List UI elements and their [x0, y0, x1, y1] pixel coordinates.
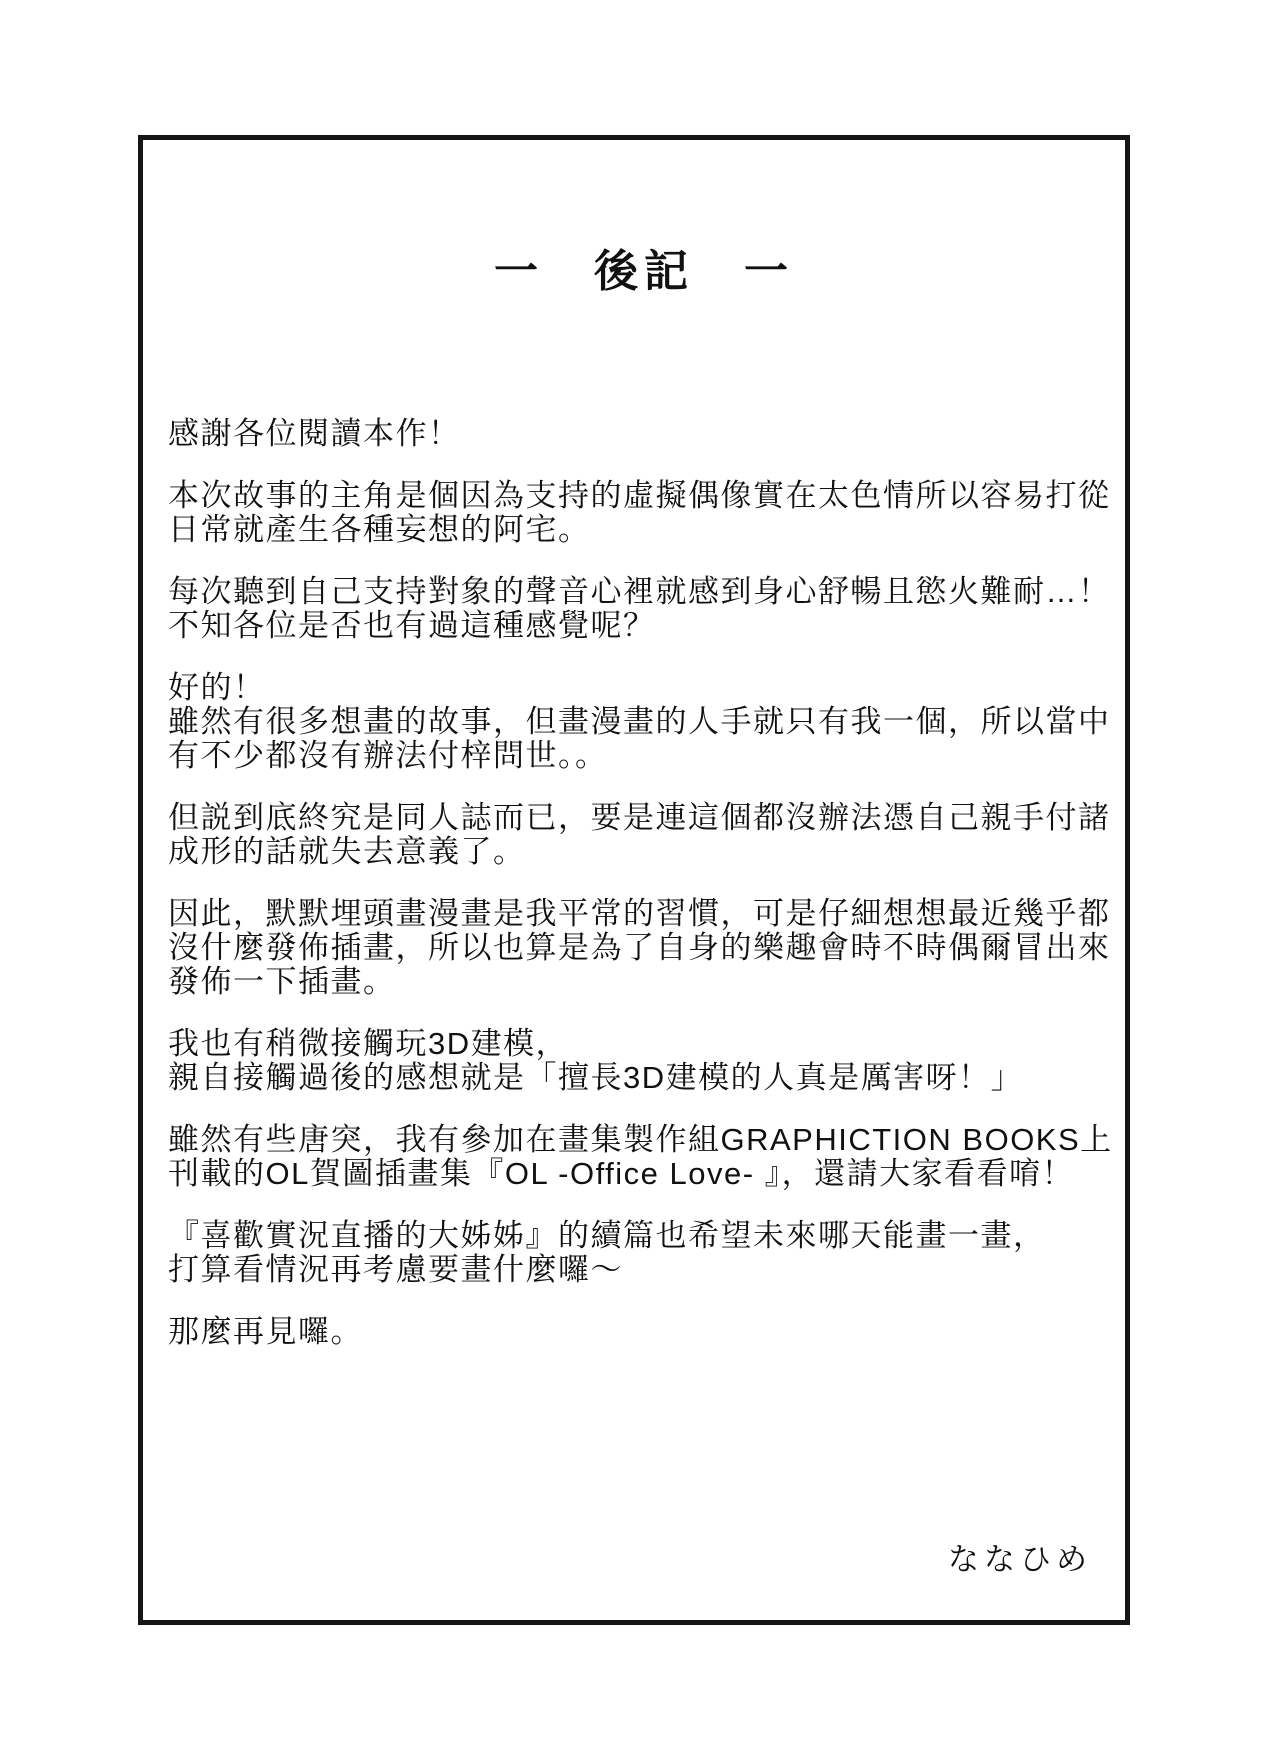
text-line: 好的！: [168, 671, 1124, 705]
text-line: 有不少都沒有辦法付梓問世。。: [168, 739, 1124, 773]
afterword-body: 感謝各位閱讀本作！ 本次故事的主角是個因為支持的虛擬偶像實在太色情所以容易打從 …: [168, 417, 1124, 1349]
text-line: 刊載的OL賀圖插畫集『OL -Office Love- 』，還請大家看看唷！: [168, 1157, 1124, 1191]
text-line: 但説到底終究是同人誌而已，要是連這個都沒辦法憑自己親手付諸: [168, 801, 1124, 835]
afterword-paragraph: 感謝各位閱讀本作！: [168, 417, 1124, 451]
text-line: 『喜歡實況直播的大姊姊』的續篇也希望未來哪天能畫一畫，: [168, 1219, 1124, 1253]
author-signature: ななひめ: [948, 1534, 1092, 1579]
text-line: 發佈一下插畫。: [168, 965, 1124, 999]
afterword-paragraph: 那麼再見囉。: [168, 1315, 1124, 1349]
text-line: 那麼再見囉。: [168, 1315, 1124, 1349]
afterword-paragraph: 『喜歡實況直播的大姊姊』的續篇也希望未來哪天能畫一畫， 打算看情況再考慮要畫什麼…: [168, 1219, 1124, 1287]
afterword-paragraph: 每次聽到自己支持對象的聲音心裡就感到身心舒暢且慾火難耐…！ 不知各位是否也有過這…: [168, 575, 1124, 643]
afterword-paragraph: 好的！ 雖然有很多想畫的故事，但畫漫畫的人手就只有我一個，所以當中 有不少都沒有…: [168, 671, 1124, 773]
text-line: 本次故事的主角是個因為支持的虛擬偶像實在太色情所以容易打從: [168, 479, 1124, 513]
text-line: 感謝各位閱讀本作！: [168, 417, 1124, 451]
text-line: 因此，默默埋頭畫漫畫是我平常的習慣，可是仔細想想最近幾乎都: [168, 897, 1124, 931]
afterword-paragraph: 因此，默默埋頭畫漫畫是我平常的習慣，可是仔細想想最近幾乎都 沒什麼發佈插畫，所以…: [168, 897, 1124, 999]
afterword-title: 一 後記 一: [138, 248, 1130, 296]
text-line: 沒什麼發佈插畫，所以也算是為了自身的樂趣會時不時偶爾冒出來: [168, 931, 1124, 965]
text-line: 打算看情況再考慮要畫什麼囉～: [168, 1253, 1124, 1287]
text-line: 日常就產生各種妄想的阿宅。: [168, 513, 1124, 547]
text-line: 我也有稍微接觸玩3D建模，: [168, 1027, 1124, 1061]
text-line: 成形的話就失去意義了。: [168, 835, 1124, 869]
text-line: 每次聽到自己支持對象的聲音心裡就感到身心舒暢且慾火難耐…！: [168, 575, 1124, 609]
afterword-paragraph: 我也有稍微接觸玩3D建模， 親自接觸過後的感想就是「擅長3D建模的人真是厲害呀！…: [168, 1027, 1124, 1095]
afterword-page: { "page": { "title": "一 後記 一", "signatur…: [0, 0, 1268, 1764]
text-line: 親自接觸過後的感想就是「擅長3D建模的人真是厲害呀！」: [168, 1061, 1124, 1095]
afterword-paragraph: 雖然有些唐突，我有參加在畫集製作組GRAPHICTION BOOKS上 刊載的O…: [168, 1123, 1124, 1191]
text-line: 不知各位是否也有過這種感覺呢？: [168, 609, 1124, 643]
afterword-paragraph: 但説到底終究是同人誌而已，要是連這個都沒辦法憑自己親手付諸 成形的話就失去意義了…: [168, 801, 1124, 869]
afterword-paragraph: 本次故事的主角是個因為支持的虛擬偶像實在太色情所以容易打從 日常就產生各種妄想的…: [168, 479, 1124, 547]
text-line: 雖然有很多想畫的故事，但畫漫畫的人手就只有我一個，所以當中: [168, 705, 1124, 739]
text-line: 雖然有些唐突，我有參加在畫集製作組GRAPHICTION BOOKS上: [168, 1123, 1124, 1157]
